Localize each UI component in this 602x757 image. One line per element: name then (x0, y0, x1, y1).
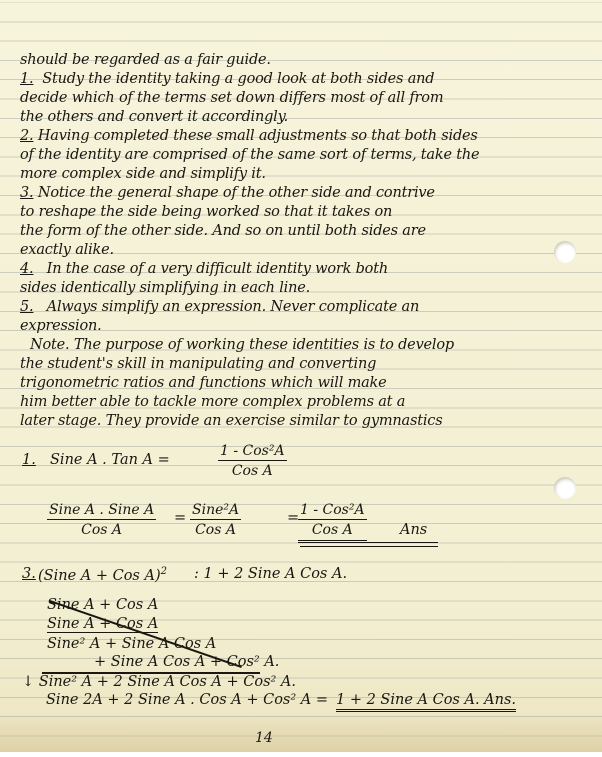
fraction-denominator: Cos A (232, 461, 273, 479)
example-1-work-fraction-3: 1 - Cos²A Cos A (298, 502, 367, 543)
note-line-2: the student's skill in manipulating and … (20, 356, 376, 372)
rule-5-number: 5. (20, 299, 33, 315)
rule-2-line-3: more complex side and simplify it. (20, 166, 266, 182)
final-lhs: Sine 2A + 2 Sine A . Cos A + Cos² A = (46, 692, 328, 708)
fraction-numerator: Sine²A (190, 502, 241, 520)
rule-2-line-2: of the identity are comprised of the sam… (20, 147, 479, 163)
rule-4-line-1: 4. In the case of a very difficult ident… (20, 261, 388, 277)
exponent: 2 (161, 566, 167, 577)
notebook-page: should be regarded as a fair guide. 1. S… (0, 0, 602, 752)
rule-3-line-2: to reshape the side being worked so that… (20, 204, 392, 220)
example-1-work-fraction-1: Sine A . Sine A Cos A (47, 502, 156, 538)
mult-line-4: + Sine A Cos A + Cos² A. (94, 654, 279, 670)
fraction-denominator: Cos A (195, 520, 236, 538)
example-1-work-fraction-2: Sine²A Cos A (190, 502, 241, 538)
page-number: 14 (255, 730, 273, 746)
intro-line: should be regarded as a fair guide. (20, 52, 271, 68)
rule-3-line-3: the form of the other side. And so on un… (20, 223, 426, 239)
answer-double-underline (300, 542, 438, 547)
example-3-num-text: 3. (22, 566, 36, 582)
rule-3-line-1: 3. Notice the general shape of the other… (20, 185, 435, 201)
fraction-numerator: 1 - Cos²A (298, 502, 367, 520)
rule-5-line-1: 5. Always simplify an expression. Never … (20, 299, 419, 315)
final-rhs-answer: 1 + 2 Sine A Cos A. Ans. (336, 692, 516, 712)
rule-2-line-1: 2. Having completed these small adjustme… (20, 128, 478, 144)
example-1-rhs-fraction: 1 - Cos²A Cos A (218, 443, 287, 479)
rule-4-text-1: In the case of a very difficult identity… (47, 261, 388, 277)
example-1-lhs: Sine A . Tan A = (50, 452, 170, 468)
result-line: ↓ Sine² A + 2 Sine A Cos A + Cos² A. (22, 674, 296, 690)
punch-hole-bottom (554, 477, 576, 499)
rule-5-text-1: Always simplify an expression. Never com… (47, 299, 419, 315)
fraction-numerator: 1 - Cos²A (218, 443, 287, 461)
note-line-3: trigonometric ratios and functions which… (20, 375, 387, 391)
rule-2-text-1: Having completed these small adjustments… (38, 128, 478, 144)
answer-label: Ans (400, 522, 427, 538)
rule-1-line-2: decide which of the terms set down diffe… (20, 90, 443, 106)
note-line-5: later stage. They provide an exercise si… (20, 413, 442, 429)
example-3-number: 3. (22, 566, 36, 582)
example-3-lhs: (Sine A + Cos A)2 (38, 566, 167, 584)
rule-5-line-2: expression. (20, 318, 102, 334)
rule-1-number: 1. (20, 71, 33, 87)
rule-3-line-4: exactly alike. (20, 242, 114, 258)
punch-hole-top (554, 241, 576, 263)
rule-1-text-1: Study the identity taking a good look at… (42, 71, 434, 87)
example-3-lhs-text: (Sine A + Cos A) (38, 568, 161, 584)
rule-4-line-2: sides identically simplifying in each li… (20, 280, 310, 296)
fraction-denominator: Cos A (81, 520, 122, 538)
example-3-rhs: : 1 + 2 Sine A Cos A. (194, 566, 347, 582)
example-1-num-text: 1. (22, 452, 36, 468)
fraction-numerator: Sine A . Sine A (47, 502, 156, 520)
note-line-4: him better able to tackle more complex p… (20, 394, 405, 410)
equals-sign: = (174, 510, 186, 526)
rule-2-number: 2. (20, 128, 33, 144)
rule-1-line-3: the others and convert it accordingly. (20, 109, 288, 125)
rule-1-line-1: 1. Study the identity taking a good look… (20, 71, 434, 87)
note-line-1: Note. The purpose of working these ident… (30, 337, 454, 353)
rule-3-number: 3. (20, 185, 33, 201)
rule-3-text-1: Notice the general shape of the other si… (38, 185, 435, 201)
fraction-denominator: Cos A (312, 520, 353, 538)
example-1-number: 1. (22, 452, 36, 468)
rule-4-number: 4. (20, 261, 33, 277)
paper-stain (0, 712, 602, 752)
